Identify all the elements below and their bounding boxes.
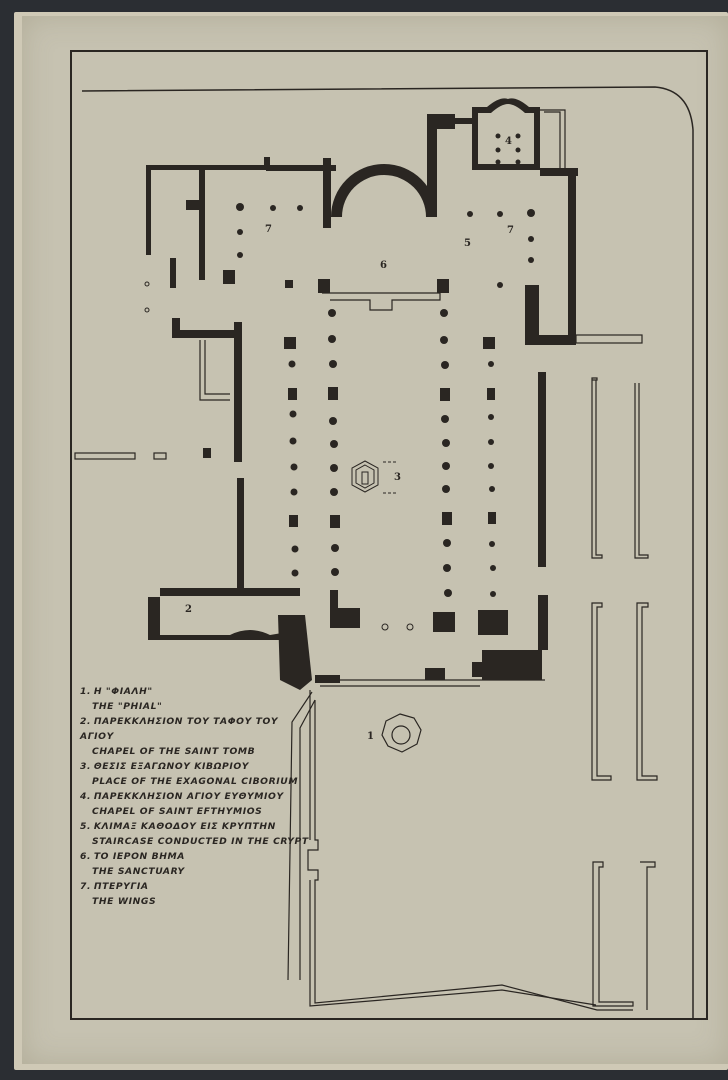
legend-greek: ΠΑΡΕΚΚΛΗΣΙΟΝ ΤΟΥ ΤΑΦΟΥ ΤΟΥ ΑΓΙΟΥ <box>80 716 278 742</box>
plan-label-2: 2 <box>185 604 192 615</box>
legend-greek: ΘΕΣΙΣ ΕΞΑΓΩΝΟΥ ΚΙΒΩΡΙΟΥ <box>94 761 249 772</box>
plan-label-3: 3 <box>394 472 401 483</box>
legend-english: THE SANCTUARY <box>80 864 310 879</box>
legend-item-6: 6. ΤΟ ΙΕΡΟΝ ΒΗΜΑ THE SANCTUARY <box>80 849 310 879</box>
plan-label-6: 6 <box>380 260 387 271</box>
legend-item-3: 3. ΘΕΣΙΣ ΕΞΑΓΩΝΟΥ ΚΙΒΩΡΙΟΥ PLACE OF THE … <box>80 759 310 789</box>
phial-fountain <box>382 714 421 752</box>
legend-english: THE WINGS <box>80 894 310 909</box>
legend-item-5: 5. ΚΛΙΜΑΞ ΚΑΘΟΔΟΥ ΕΙΣ ΚΡΥΠΤΗΝ STAIRCASE … <box>80 819 310 849</box>
plan-label-7-right: 7 <box>507 225 514 236</box>
plan-label-4: 4 <box>505 136 512 147</box>
legend-item-7: 7. ΠΤΕΡΥΓΙΑ THE WINGS <box>80 879 310 909</box>
legend-item-1: 1. Η "ΦΙΑΛΗ" THE "PHIAL" <box>80 684 310 714</box>
plan-label-1: 1 <box>367 731 374 742</box>
legend: 1. Η "ΦΙΑΛΗ" THE "PHIAL" 2. ΠΑΡΕΚΚΛΗΣΙΟΝ… <box>80 684 310 909</box>
legend-greek: ΤΟ ΙΕΡΟΝ ΒΗΜΑ <box>94 851 185 862</box>
floor-plan <box>0 0 728 1080</box>
plan-label-7-left: 7 <box>265 224 272 235</box>
hexagonal-ciborium <box>352 461 396 493</box>
nave-columns <box>236 134 535 598</box>
plan-label-5: 5 <box>464 238 471 249</box>
legend-english: THE "PHIAL" <box>80 699 310 714</box>
legend-greek: ΚΛΙΜΑΞ ΚΑΘΟΔΟΥ ΕΙΣ ΚΡΥΠΤΗΝ <box>94 821 276 832</box>
legend-greek: ΠΤΕΡΥΓΙΑ <box>94 881 149 892</box>
legend-greek: Η "ΦΙΑΛΗ" <box>94 686 153 697</box>
legend-english: STAIRCASE CONDUCTED IN THE CRYPT <box>80 834 310 849</box>
legend-english: CHAPEL OF THE SAINT TOMB <box>80 744 310 759</box>
legend-item-4: 4. ΠΑΡΕΚΚΛΗΣΙΟΝ ΑΓΙΟΥ ΕΥΘΥΜΙΟΥ CHAPEL OF… <box>80 789 310 819</box>
legend-greek: ΠΑΡΕΚΚΛΗΣΙΟΝ ΑΓΙΟΥ ΕΥΘΥΜΙΟΥ <box>94 791 284 802</box>
legend-english: CHAPEL OF SAINT EFTHYMIOS <box>80 804 310 819</box>
legend-item-2: 2. ΠΑΡΕΚΚΛΗΣΙΟΝ ΤΟΥ ΤΑΦΟΥ ΤΟΥ ΑΓΙΟΥ CHAP… <box>80 714 310 759</box>
legend-english: PLACE OF THE EXAGONAL CIBORIUM <box>80 774 310 789</box>
